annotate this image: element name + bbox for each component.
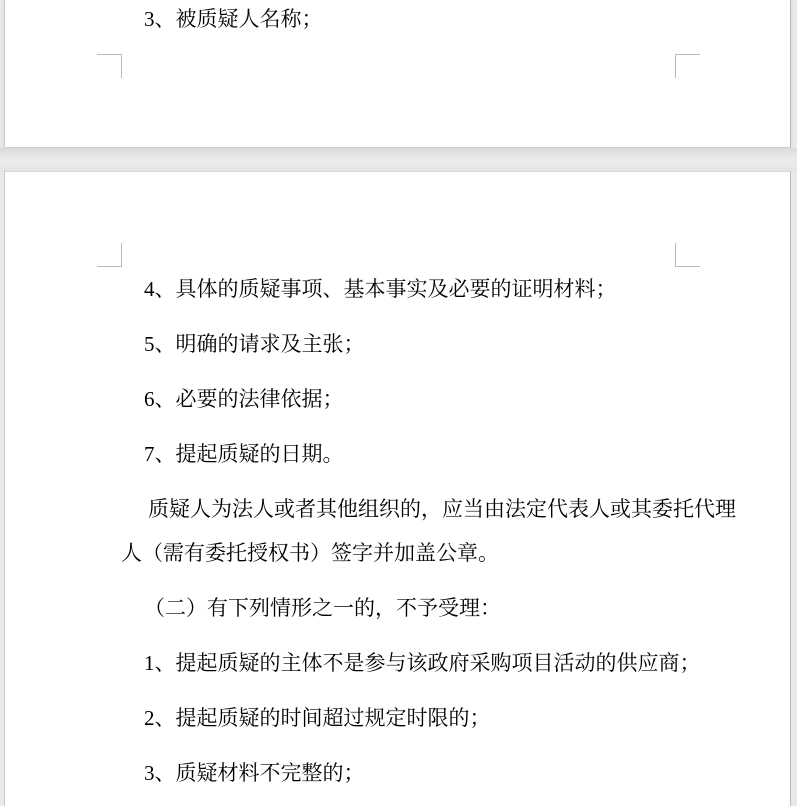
text-line[interactable]: 3、被质疑人名称； [121,7,687,31]
text-boundary-mark-bottom-left [97,54,122,78]
page-1[interactable]: 3、被质疑人名称； [4,0,791,148]
text-boundary-mark-top-right [675,243,700,267]
page-1-text-layer: 3、被质疑人名称； [121,7,687,31]
text-line[interactable]: 6、必要的法律依据； [121,387,687,411]
page-2-text-layer: 4、具体的质疑事项、基本事实及必要的证明材料；5、明确的请求及主张；6、必要的法… [121,277,687,785]
text-line[interactable]: 5、明确的请求及主张； [121,332,687,356]
text-line[interactable]: 质疑人为法人或者其他组织的，应当由法定代表人或其委托代理 [121,497,687,521]
text-line[interactable]: 4、具体的质疑事项、基本事实及必要的证明材料； [121,277,687,301]
text-line[interactable]: 人（需有委托授权书）签字并加盖公章。 [121,541,687,565]
text-boundary-mark-bottom-right [675,54,700,78]
text-line[interactable]: 1、提起质疑的主体不是参与该政府采购项目活动的供应商； [121,651,687,675]
text-line[interactable]: 2、提起质疑的时间超过规定时限的； [121,706,687,730]
page-2[interactable]: 4、具体的质疑事项、基本事实及必要的证明材料；5、明确的请求及主张；6、必要的法… [4,171,791,806]
page-gap [0,148,797,171]
text-line[interactable]: （二）有下列情形之一的，不予受理： [121,596,687,620]
text-line[interactable]: 7、提起质疑的日期。 [121,442,687,466]
document-canvas: 3、被质疑人名称； 4、具体的质疑事项、基本事实及必要的证明材料；5、明确的请求… [0,0,797,806]
text-boundary-mark-top-left [97,243,122,267]
text-line[interactable]: 3、质疑材料不完整的； [121,761,687,785]
